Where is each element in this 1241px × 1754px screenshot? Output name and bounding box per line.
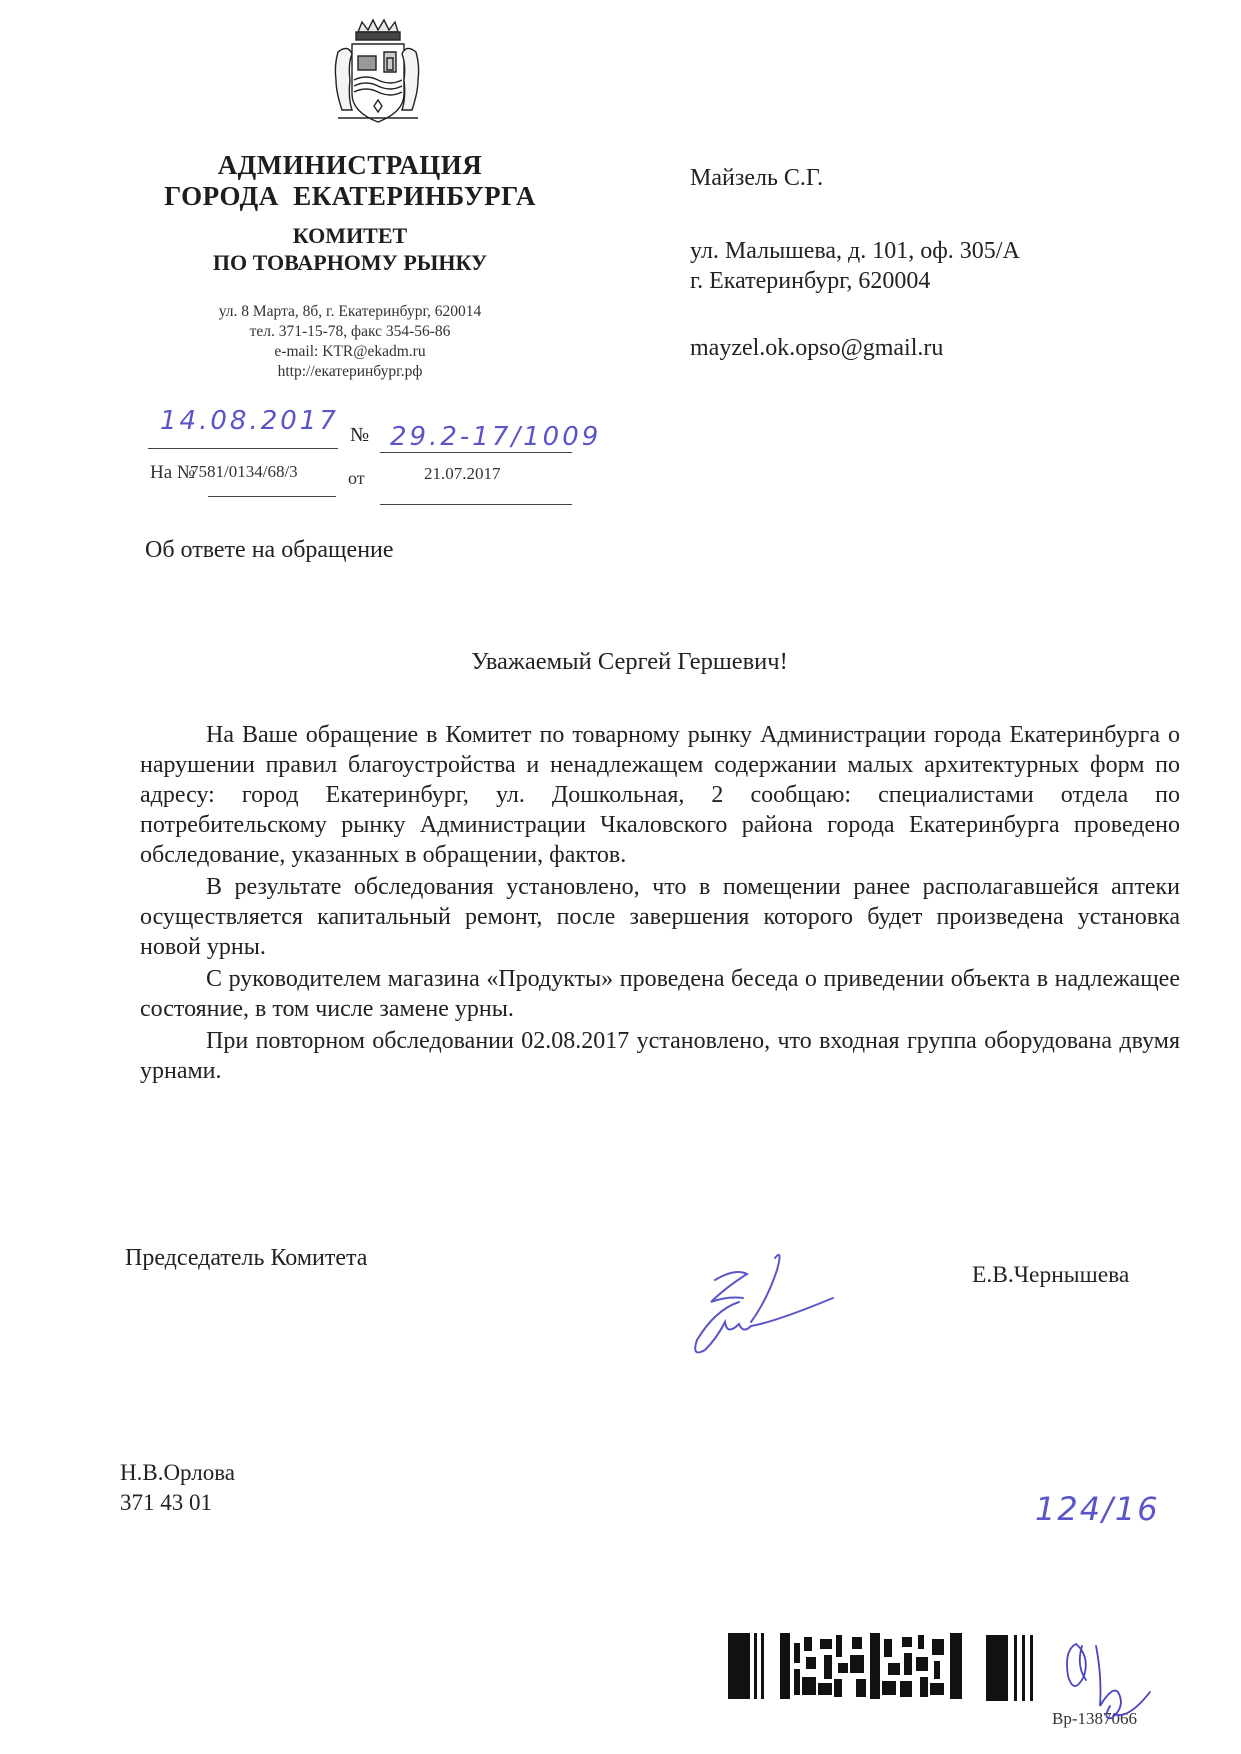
org-website: http://екатеринбург.рф (130, 362, 570, 382)
pdf417-barcode-icon (728, 1633, 1040, 1701)
reference-number: 7581/0134/68/3 (186, 462, 336, 482)
coat-of-arms-icon (318, 18, 436, 130)
department-name: КОМИТЕТ ПО ТОВАРНОМУ РЫНКУ (130, 222, 570, 276)
letter-body: На Ваше обращение в Комитет по товарному… (140, 720, 1180, 1088)
handwritten-signature-icon (655, 1240, 855, 1380)
body-paragraph: В результате обследования установлено, ч… (140, 872, 1180, 962)
number-sign: № (350, 424, 369, 447)
reference-date: 21.07.2017 (424, 464, 501, 484)
letter-subject: Об ответе на обращение (145, 537, 394, 564)
signatory-name: Е.В.Чернышева (972, 1262, 1129, 1289)
reference-number-underline (208, 496, 336, 497)
signatory-title: Председатель Комитета (125, 1245, 367, 1272)
recipient-name: Майзель С.Г. (690, 163, 823, 193)
body-paragraph: При повторном обследовании 02.08.2017 ус… (140, 1026, 1180, 1086)
org-line-2: ГОРОДА ЕКАТЕРИНБУРГА (130, 181, 570, 212)
reference-date-underline (380, 504, 572, 505)
org-line-1: АДМИНИСТРАЦИЯ (130, 150, 570, 181)
recipient-address-line-1: ул. Малышева, д. 101, оф. 305/А (690, 236, 1020, 266)
body-paragraph: С руководителем магазина «Продукты» пров… (140, 964, 1180, 1024)
date-underline (148, 448, 338, 449)
archive-note: 124/16 (1035, 1490, 1160, 1528)
dept-line-2: ПО ТОВАРНОМУ РЫНКУ (130, 249, 570, 276)
executor-info: Н.В.Орлова 371 43 01 (120, 1458, 235, 1518)
organization-contacts: ул. 8 Марта, 8б, г. Екатеринбург, 620014… (130, 302, 570, 382)
reference-from-label: от (348, 468, 365, 489)
recipient-address-line-2: г. Екатеринбург, 620004 (690, 266, 1020, 296)
recipient-email: mayzel.ok.opso@gmail.ru (690, 333, 943, 363)
registration-date: 14.08.2017 (160, 406, 339, 436)
organization-name: АДМИНИСТРАЦИЯ ГОРОДА ЕКАТЕРИНБУРГА (130, 150, 570, 212)
body-paragraph: На Ваше обращение в Комитет по товарному… (140, 720, 1180, 870)
org-email: e-mail: KTR@ekadm.ru (130, 342, 570, 362)
number-underline (380, 452, 572, 453)
handwritten-initials-icon (1062, 1636, 1152, 1728)
greeting: Уважаемый Сергей Гершевич! (0, 648, 1241, 676)
executor-phone: 371 43 01 (120, 1488, 235, 1518)
org-phone: тел. 371-15-78, факс 354-56-86 (130, 322, 570, 342)
executor-name: Н.В.Орлова (120, 1458, 235, 1488)
org-address: ул. 8 Марта, 8б, г. Екатеринбург, 620014 (130, 302, 570, 322)
recipient-address: ул. Малышева, д. 101, оф. 305/А г. Екате… (690, 236, 1020, 296)
dept-line-1: КОМИТЕТ (130, 222, 570, 249)
registration-number: 29.2-17/1009 (390, 422, 601, 452)
